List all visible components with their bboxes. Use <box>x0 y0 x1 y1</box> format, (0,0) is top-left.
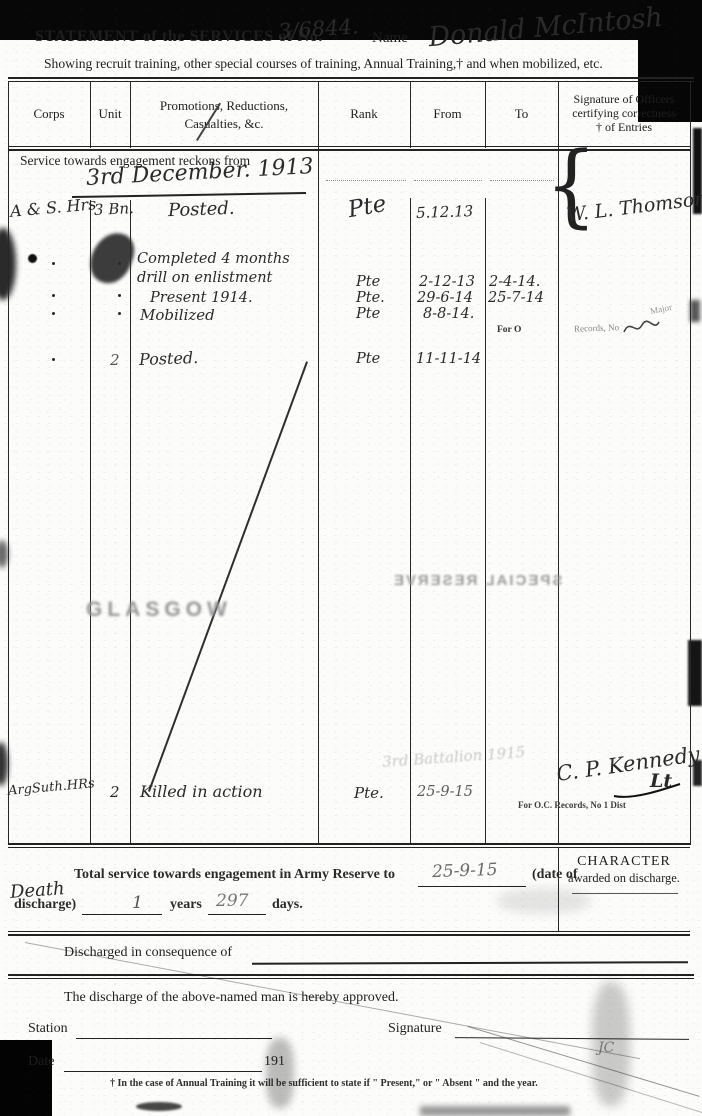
underline <box>82 914 162 915</box>
ditto-dot <box>52 358 55 361</box>
rule <box>8 934 690 936</box>
years-label: years <box>170 897 202 913</box>
row-unit: 3 Bn. <box>94 199 135 219</box>
smudge-bottom <box>136 1102 182 1111</box>
smudge-bottom <box>266 1038 294 1108</box>
discharge-word: discharge) <box>14 897 76 913</box>
row-event: Killed in action <box>140 782 263 801</box>
underline <box>76 1038 272 1039</box>
torn-corner-bottom-left <box>0 1040 52 1116</box>
consequence-label: Discharged in consequence of <box>64 945 232 961</box>
year-prefix: 191 <box>264 1054 285 1070</box>
underline <box>64 1071 262 1072</box>
smudge-mid <box>496 888 592 914</box>
col-line <box>130 81 131 148</box>
col-header-to: To <box>485 106 558 122</box>
row-from: 2-12-13 <box>419 274 475 290</box>
character-box-line <box>558 848 559 932</box>
rule <box>572 893 678 894</box>
dotted-leader <box>326 180 406 181</box>
signature-flourish <box>612 780 682 800</box>
stamp-major: Major <box>649 302 673 316</box>
col-header-promotions-1: Promotions, Reductions, <box>130 98 318 114</box>
rule <box>8 974 694 976</box>
col-header-rank: Rank <box>318 106 410 122</box>
col-header-signature-1: Signature of Officers <box>558 92 690 107</box>
table-border-left <box>8 81 9 845</box>
ditto-dot <box>118 262 121 265</box>
ink-blot-left-sm <box>28 254 37 263</box>
col-line <box>318 81 319 845</box>
character-line1: CHARACTER <box>560 854 688 870</box>
row-event-line1: Completed 4 months <box>137 251 290 267</box>
years-value: 1 <box>132 893 143 913</box>
underline <box>252 961 688 964</box>
dotted-leader <box>414 180 482 181</box>
stamp-for-o: For O <box>497 325 521 335</box>
rule <box>8 81 694 82</box>
col-line <box>90 200 91 845</box>
footnote: † In the case of Annual Training it will… <box>110 1078 538 1089</box>
ghost-glasgow: GLASGOW <box>86 598 232 622</box>
ghost-special-reserve: SPECIAL RESERVE <box>392 572 562 589</box>
name-label: Name <box>372 30 408 47</box>
date-label: Date <box>28 1054 54 1070</box>
col-line <box>410 198 411 845</box>
col-header-from: From <box>410 106 485 122</box>
row-corps: ArgSuth.HRs <box>8 776 96 799</box>
edge-mark <box>690 300 700 322</box>
row-corps: A & S. Hrs <box>9 194 97 220</box>
row-rank: Pte. <box>354 784 384 802</box>
page-subtitle: Showing recruit training, other special … <box>44 56 603 72</box>
row-rank: Pte. <box>356 290 385 306</box>
row-from: 29-6-14 <box>417 290 473 306</box>
service-statement-page: STATEMENT of the SERVICES of No. 3/6844.… <box>0 0 702 1116</box>
days-label: days. <box>272 897 303 913</box>
row-to: 2-4-14. <box>489 274 540 290</box>
row-from: 11-11-14 <box>416 351 481 367</box>
edge-smudge-left <box>0 540 8 568</box>
signature-squiggle <box>620 316 662 338</box>
col-header-signature-2: certifying correctness <box>558 106 690 121</box>
diagonal-strike <box>148 361 308 791</box>
row-from: 5.12.13 <box>416 202 474 222</box>
underline <box>72 192 306 198</box>
total-service-date: 25-9-15 <box>432 860 498 882</box>
row-rank: Pte <box>356 274 380 290</box>
row-rank: Pte <box>356 306 380 322</box>
row-event: Posted. <box>168 198 235 221</box>
row-event: Posted. <box>139 348 199 369</box>
ghost-faint-note: 3rd Battalion 1915 <box>382 743 526 771</box>
rule <box>8 77 694 79</box>
edge-smudge-left <box>0 742 8 786</box>
rule <box>8 847 690 848</box>
row-from: 8-8-14. <box>423 306 474 322</box>
row-unit: 2 <box>110 783 120 801</box>
ditto-dot <box>52 312 55 315</box>
ditto-dot <box>118 312 121 315</box>
row-rank: Pte <box>346 191 388 223</box>
row-to: 25-7-14 <box>488 290 544 306</box>
col-line <box>130 200 131 845</box>
row-rank: Pte <box>356 351 380 367</box>
underline <box>208 914 266 915</box>
rule <box>8 843 690 845</box>
row-event: Mobilized <box>140 306 215 324</box>
underline <box>418 886 526 887</box>
row-from: 25-9-15 <box>417 784 473 800</box>
rule <box>8 931 690 932</box>
ditto-dot <box>52 294 55 297</box>
col-header-promotions-2: Casualties, &c. <box>130 116 318 132</box>
signature-label: Signature <box>388 1021 442 1037</box>
station-label: Station <box>28 1021 68 1037</box>
stamp-for-oc-records: For O.C. Records, No 1 Dist <box>518 800 626 810</box>
underline <box>455 1037 689 1040</box>
ditto-dot <box>52 262 55 265</box>
days-value: 297 <box>216 891 248 911</box>
ditto-dot <box>118 294 121 297</box>
row-event: Present 1914. <box>150 290 253 306</box>
total-service-text: Total service towards engagement in Army… <box>74 867 395 883</box>
character-line2: awarded on discharge. <box>560 871 688 886</box>
row-event-line2: drill on enlistment <box>137 270 272 286</box>
row-unit: 2 <box>110 351 120 369</box>
col-header-unit: Unit <box>90 106 130 122</box>
smudge-bottom <box>420 1106 570 1116</box>
rule <box>8 978 694 979</box>
stamp-records-no: Records, No <box>574 322 619 334</box>
col-header-corps: Corps <box>8 106 90 122</box>
